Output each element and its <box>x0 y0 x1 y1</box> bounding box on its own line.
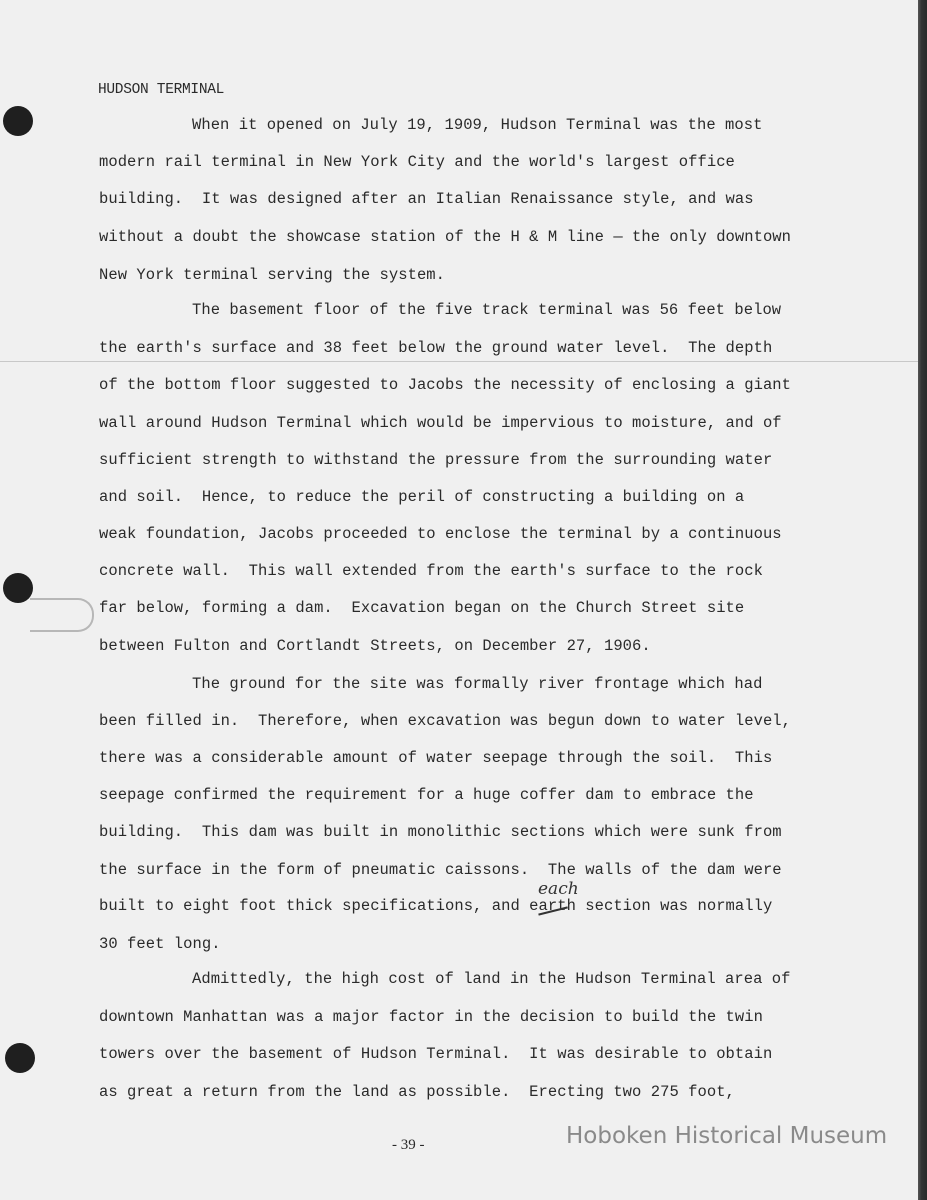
page-number: - 39 - <box>392 1137 425 1154</box>
text-line: 30 feet long. <box>99 935 221 953</box>
text-line: seepage confirmed the requirement for a … <box>99 786 754 804</box>
text-line: building. It was designed after an Itali… <box>99 190 754 208</box>
text-line: weak foundation, Jacobs proceeded to enc… <box>99 525 782 543</box>
text-line: modern rail terminal in New York City an… <box>99 153 735 171</box>
punch-hole-icon <box>3 106 33 136</box>
text-line: Admittedly, the high cost of land in the… <box>192 970 791 988</box>
fold-line <box>0 361 918 362</box>
text-line: downtown Manhattan was a major factor in… <box>99 1008 763 1026</box>
text-line: without a doubt the showcase station of … <box>99 228 791 246</box>
watermark: Hoboken Historical Museum <box>566 1123 887 1149</box>
scan-edge <box>918 0 927 1200</box>
text-line: been filled in. Therefore, when excavati… <box>99 712 791 730</box>
text-line: and soil. Hence, to reduce the peril of … <box>99 488 744 506</box>
text-line: When it opened on July 19, 1909, Hudson … <box>192 116 762 134</box>
paperclip-mark <box>30 598 94 632</box>
text-line: New York terminal serving the system. <box>99 266 445 284</box>
text-line: of the bottom floor suggested to Jacobs … <box>99 376 791 394</box>
text-line: as great a return from the land as possi… <box>99 1083 735 1101</box>
text-line: towers over the basement of Hudson Termi… <box>99 1045 772 1063</box>
text-line: the earth's surface and 38 feet below th… <box>99 339 772 357</box>
text-line: sufficient strength to withstand the pre… <box>99 451 772 469</box>
text-line: far below, forming a dam. Excavation beg… <box>99 599 744 617</box>
punch-hole-icon <box>3 573 33 603</box>
text-line: built to eight foot thick specifications… <box>99 897 772 915</box>
text-line: there was a considerable amount of water… <box>99 749 772 767</box>
text-line: between Fulton and Cortlandt Streets, on… <box>99 637 651 655</box>
text-line: the surface in the form of pneumatic cai… <box>99 861 782 879</box>
handwritten-correction: each <box>538 879 579 899</box>
document-page: HUDSON TERMINAL When it opened on July 1… <box>0 0 918 1200</box>
text-line: The ground for the site was formally riv… <box>192 675 762 693</box>
punch-hole-icon <box>5 1043 35 1073</box>
text-line: building. This dam was built in monolith… <box>99 823 782 841</box>
text-line: concrete wall. This wall extended from t… <box>99 562 763 580</box>
document-heading: HUDSON TERMINAL <box>98 82 224 98</box>
text-line: The basement floor of the five track ter… <box>192 301 781 319</box>
text-line: wall around Hudson Terminal which would … <box>99 414 782 432</box>
